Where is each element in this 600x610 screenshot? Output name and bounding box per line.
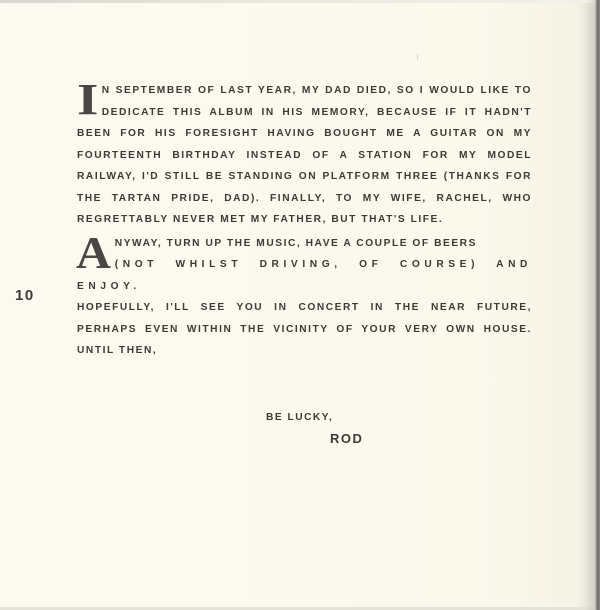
paragraph-2-line-1: nyway, turn up the music, have a couple … <box>115 238 477 249</box>
drop-cap-a: A <box>76 230 113 270</box>
booklet-spine <box>595 0 600 610</box>
paragraph-2-rest: Hopefully, I'll see you in concert in th… <box>77 302 532 356</box>
spine-shadow <box>585 0 595 610</box>
signature: Rod <box>330 431 363 446</box>
paragraph-1-text: n September of last year, my dad died, s… <box>77 85 532 225</box>
dedication-paragraph-2: A nyway, turn up the music, have a coupl… <box>77 233 532 362</box>
booklet-page: I n September of last year, my dad died,… <box>0 0 600 610</box>
signoff-closing: Be lucky, <box>266 412 333 423</box>
dedication-text: I n September of last year, my dad died,… <box>77 80 532 362</box>
drop-cap-i: I <box>77 78 100 118</box>
page-number: 10 <box>15 287 35 304</box>
page-top-edge <box>0 0 600 3</box>
paper-speck <box>417 54 418 60</box>
paragraph-2-line-2: (not whilst driving, of course) and enjo… <box>77 259 532 292</box>
dedication-paragraph-1: I n September of last year, my dad died,… <box>77 80 532 231</box>
